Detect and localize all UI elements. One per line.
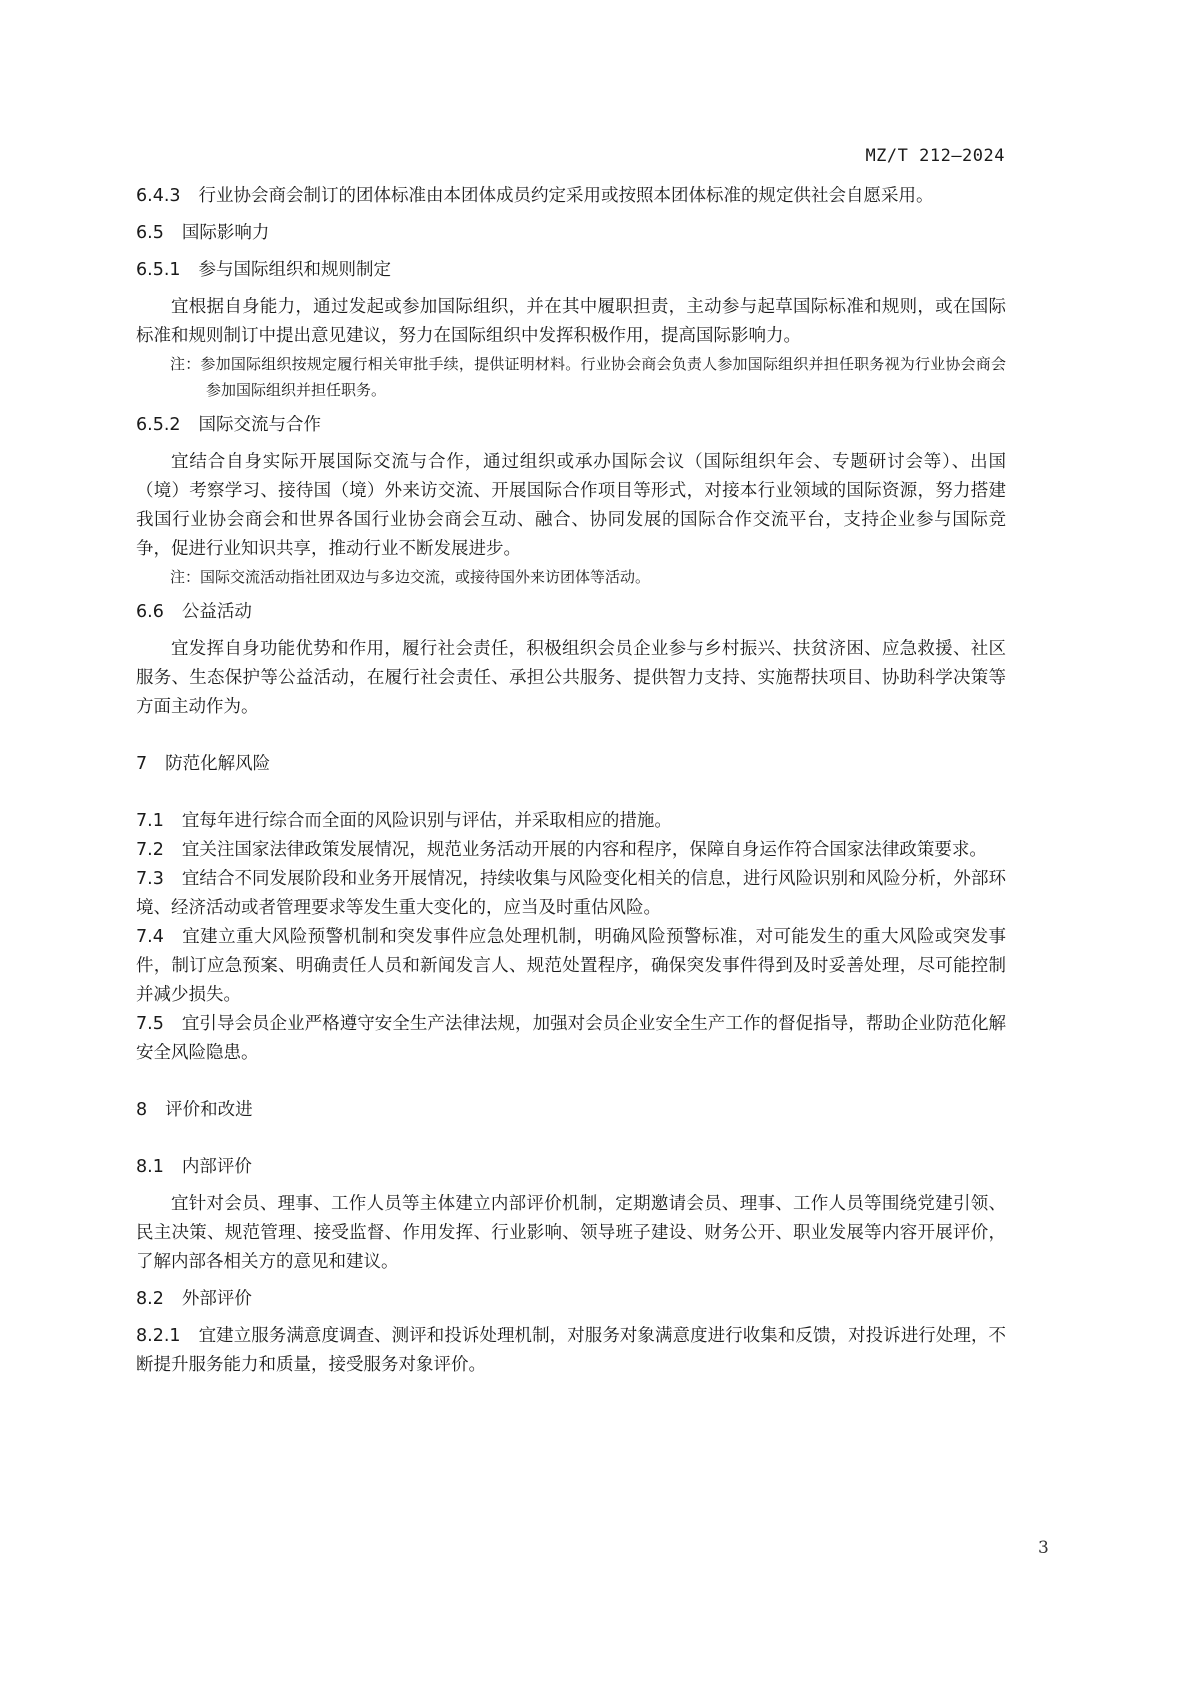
clause-number: 8.2.1 xyxy=(136,1322,181,1351)
heading-text: 外部评价 xyxy=(182,1289,252,1309)
chapter-number: 7 xyxy=(136,750,147,779)
heading-6-5: 6.5国际影响力 xyxy=(136,219,1006,248)
note-text: 参加国际组织按规定履行相关审批手续，提供证明材料。行业协会商会负责人参加国际组织… xyxy=(200,355,1006,399)
clause-7-2: 7.2宜关注国家法律政策发展情况，规范业务活动开展的内容和程序，保障自身运作符合… xyxy=(136,836,1006,865)
paragraph: 宜发挥自身功能优势和作用，履行社会责任，积极组织会员企业参与乡村振兴、扶贫济困、… xyxy=(136,635,1006,722)
heading-8-1: 8.1内部评价 xyxy=(136,1153,1006,1182)
clause-8-2-1: 8.2.1宜建立服务满意度调查、测评和投诉处理机制，对服务对象满意度进行收集和反… xyxy=(136,1322,1006,1380)
heading-number: 8.1 xyxy=(136,1153,164,1182)
clause-number: 7.1 xyxy=(136,807,164,836)
clause-7-4: 7.4宜建立重大风险预警机制和突发事件应急处理机制，明确风险预警标准，对可能发生… xyxy=(136,923,1006,1010)
document-page: MZ/T 212—2024 6.4.3行业协会商会制订的团体标准由本团体成员约定… xyxy=(0,0,1191,1684)
heading-text: 国际交流与合作 xyxy=(199,415,322,435)
heading-text: 公益活动 xyxy=(182,602,252,622)
clause-6-4-3: 6.4.3行业协会商会制订的团体标准由本团体成员约定采用或按照本团体标准的规定供… xyxy=(136,182,1006,211)
heading-number: 6.5.2 xyxy=(136,411,181,440)
note-label: 注： xyxy=(170,568,200,586)
heading-number: 6.5.1 xyxy=(136,256,181,285)
clause-7-5: 7.5宜引导会员企业严格遵守安全生产法律法规，加强对会员企业安全生产工作的督促指… xyxy=(136,1010,1006,1068)
heading-number: 6.6 xyxy=(136,598,164,627)
heading-number: 6.5 xyxy=(136,219,164,248)
chapter-7: 7防范化解风险 xyxy=(136,750,1006,779)
clause-number: 7.4 xyxy=(136,923,164,952)
clause-text: 行业协会商会制订的团体标准由本团体成员约定采用或按照本团体标准的规定供社会自愿采… xyxy=(199,186,934,206)
document-body: 6.4.3行业协会商会制订的团体标准由本团体成员约定采用或按照本团体标准的规定供… xyxy=(136,182,1006,1380)
clause-text: 宜建立服务满意度调查、测评和投诉处理机制，对服务对象满意度进行收集和反馈，对投诉… xyxy=(136,1326,1006,1375)
paragraph: 宜结合自身实际开展国际交流与合作，通过组织或承办国际会议（国际组织年会、专题研讨… xyxy=(136,448,1006,564)
heading-8-2: 8.2外部评价 xyxy=(136,1285,1006,1314)
heading-text: 参与国际组织和规则制定 xyxy=(199,260,392,280)
clause-number: 7.3 xyxy=(136,865,164,894)
heading-6-5-1: 6.5.1参与国际组织和规则制定 xyxy=(136,256,1006,285)
note: 注：参加国际组织按规定履行相关审批手续，提供证明材料。行业协会商会负责人参加国际… xyxy=(136,351,1006,403)
clause-number: 7.5 xyxy=(136,1010,164,1039)
note-text: 国际交流活动指社团双边与多边交流，或接待国外来访团体等活动。 xyxy=(200,568,650,586)
page-number: 3 xyxy=(1038,1538,1049,1558)
clause-7-3: 7.3宜结合不同发展阶段和业务开展情况，持续收集与风险变化相关的信息，进行风险识… xyxy=(136,865,1006,923)
clause-7-1: 7.1宜每年进行综合而全面的风险识别与评估，并采取相应的措施。 xyxy=(136,807,1006,836)
clause-text: 宜引导会员企业严格遵守安全生产法律法规，加强对会员企业安全生产工作的督促指导，帮… xyxy=(136,1014,1006,1063)
heading-text: 内部评价 xyxy=(182,1157,252,1177)
heading-6-6: 6.6公益活动 xyxy=(136,598,1006,627)
heading-6-5-2: 6.5.2国际交流与合作 xyxy=(136,411,1006,440)
chapter-number: 8 xyxy=(136,1096,147,1125)
document-code: MZ/T 212—2024 xyxy=(865,146,1005,166)
clause-text: 宜每年进行综合而全面的风险识别与评估，并采取相应的措施。 xyxy=(182,811,672,831)
clause-number: 6.4.3 xyxy=(136,182,181,211)
chapter-8: 8评价和改进 xyxy=(136,1096,1006,1125)
paragraph: 宜根据自身能力，通过发起或参加国际组织，并在其中履职担责，主动参与起草国际标准和… xyxy=(136,293,1006,351)
note: 注：国际交流活动指社团双边与多边交流，或接待国外来访团体等活动。 xyxy=(136,564,1006,590)
clause-text: 宜关注国家法律政策发展情况，规范业务活动开展的内容和程序，保障自身运作符合国家法… xyxy=(182,840,987,860)
heading-number: 8.2 xyxy=(136,1285,164,1314)
clause-text: 宜建立重大风险预警机制和突发事件应急处理机制，明确风险预警标准，对可能发生的重大… xyxy=(136,927,1006,1005)
note-label: 注： xyxy=(170,355,200,373)
chapter-title: 评价和改进 xyxy=(165,1100,253,1120)
clause-number: 7.2 xyxy=(136,836,164,865)
heading-text: 国际影响力 xyxy=(182,223,270,243)
clause-text: 宜结合不同发展阶段和业务开展情况，持续收集与风险变化相关的信息，进行风险识别和风… xyxy=(136,869,1006,918)
paragraph: 宜针对会员、理事、工作人员等主体建立内部评价机制，定期邀请会员、理事、工作人员等… xyxy=(136,1190,1006,1277)
chapter-title: 防范化解风险 xyxy=(165,754,270,774)
